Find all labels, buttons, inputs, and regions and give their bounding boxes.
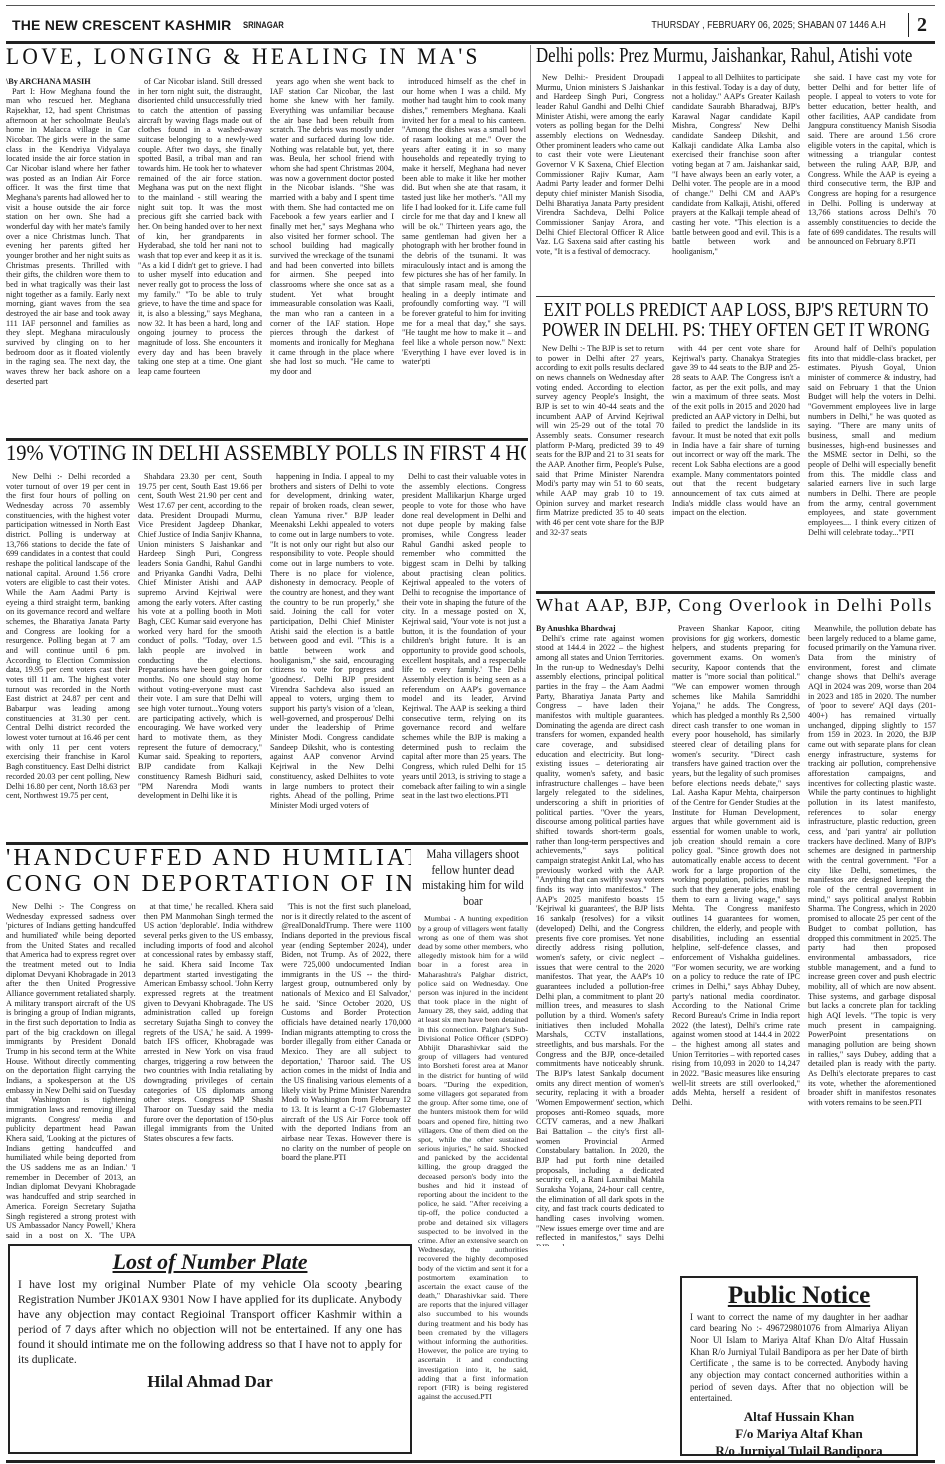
article-text: at that time,' he recalled. Khera said t…	[144, 902, 274, 1144]
article-what-aap: What AAP, BJP, Cong Overlook in Delhi Po…	[536, 596, 936, 1248]
article-text: New Delhi :- The Congress on Wednesday e…	[6, 902, 136, 1238]
byline: \By ARCHANA MASIH	[6, 77, 130, 87]
section-rule	[536, 296, 935, 297]
article-column: she said. I have cast my vote for better…	[808, 73, 936, 288]
article-text: New Delhi :- The BJP is set to return to…	[536, 344, 664, 537]
article-column: Shahdara 23.30 per cent, South 19.75 per…	[138, 472, 262, 834]
article-text: New Delhi:- President Droupadi Murmu, Un…	[536, 73, 664, 257]
masthead: THE NEW CRESCENT KASHMIR SRINAGAR THURSD…	[6, 10, 935, 40]
notice-title: Public Notice	[690, 1282, 908, 1310]
article-column: New Delhi:- President Droupadi Murmu, Un…	[536, 73, 664, 288]
page-number: 2	[917, 14, 927, 37]
article-column: years ago when she went back to IAF stat…	[270, 77, 394, 433]
article-text: with 44 per cent vote share for Kejriwal…	[672, 344, 800, 518]
article-text: Delhi to cast their valuable votes in th…	[402, 472, 526, 801]
ad-body: I have lost my original Number Plate of …	[18, 1278, 402, 1368]
article-column: Mumbai - A hunting expedition by a group…	[418, 914, 528, 1454]
article-headline-line-2: POWER IN DELHI. PS: THEY OFTEN GET IT WR…	[536, 320, 936, 340]
article-exit-polls: EXIT POLLS PREDICT AAP LOSS, BJP'S RETUR…	[536, 300, 936, 588]
article-delhi-polls: Delhi polls: Prez Murmu, Jaishankar, Rah…	[536, 45, 936, 295]
notice-signature-relation: F/o Mariya Altaf Khan	[690, 1426, 908, 1443]
article-column: \By ARCHANA MASIH Part I: How Meghana fo…	[6, 77, 130, 433]
lost-number-plate-ad: Lost of Number Plate I have lost my orig…	[8, 1244, 412, 1454]
article-rasam: LOVE, LONGING & HEALING IN MA'S RASAM \B…	[6, 45, 526, 440]
article-text: New Delhi :- Delhi recorded a voter turn…	[6, 472, 130, 801]
article-headline-line-1: 'HANDCUFFED AND HUMILIATED':	[6, 846, 411, 870]
article-text: of Car Nicobar island. Still dressed in …	[138, 77, 262, 377]
masthead-rule	[6, 41, 935, 44]
article-headline: LOVE, LONGING & HEALING IN MA'S RASAM	[6, 45, 490, 71]
article-text: happening in India. I appeal to my broth…	[270, 472, 394, 811]
article-text: I appeal to all Delhiites to participate…	[672, 73, 800, 257]
article-text: Praveen Shankar Kapoor, citing provision…	[672, 624, 800, 1108]
section-rule	[6, 438, 528, 441]
article-voting-19: 19% VOTING IN DELHI ASSEMBLY POLLS IN FI…	[6, 442, 526, 840]
article-text: introduced himself as the chef in our ho…	[402, 77, 526, 367]
notice-signature-address: R/o Jurniyal Tulail Bandipora	[690, 1443, 908, 1460]
article-headline: 19% VOTING IN DELHI ASSEMBLY POLLS IN FI…	[6, 442, 526, 467]
newspaper-title: THE NEW CRESCENT KASHMIR	[12, 17, 231, 33]
city-label: SRINAGAR	[243, 20, 284, 30]
bottom-rule	[6, 1460, 935, 1463]
masthead-divider	[908, 13, 909, 37]
article-text: Around half of Delhi's population fits i…	[808, 344, 936, 537]
article-column: 'This is not the first such planeload, n…	[281, 902, 411, 1238]
article-text: years ago when she went back to IAF stat…	[270, 77, 394, 377]
section-rule	[536, 591, 935, 594]
article-headline-line-1: EXIT POLLS PREDICT AAP LOSS, BJP'S RETUR…	[536, 300, 936, 320]
article-column: happening in India. I appeal to my broth…	[270, 472, 394, 834]
ad-signature: Hilal Ahmad Dar	[18, 1372, 402, 1392]
article-text: Shahdara 23.30 per cent, South 19.75 per…	[138, 472, 262, 801]
public-notice-ad: Public Notice I want to correct the name…	[680, 1276, 918, 1456]
article-column: at that time,' he recalled. Khera said t…	[144, 902, 274, 1238]
article-column: I appeal to all Delhiites to participate…	[672, 73, 800, 288]
byline: By Anushka Bhardwaj	[536, 624, 664, 634]
article-headline: What AAP, BJP, Cong Overlook in Delhi Po…	[536, 596, 936, 618]
article-handcuffed: 'HANDCUFFED AND HUMILIATED': CONG ON DEP…	[6, 846, 411, 1241]
article-text: she said. I have cast my vote for better…	[808, 73, 936, 247]
notice-signature-name: Altaf Hussain Khan	[690, 1409, 908, 1426]
article-column: with 44 per cent vote share for Kejriwal…	[672, 344, 800, 584]
article-column: Delhi to cast their valuable votes in th…	[402, 472, 526, 834]
article-column: introduced himself as the chef in our ho…	[402, 77, 526, 433]
article-column: New Delhi :- The BJP is set to return to…	[536, 344, 664, 584]
newspaper-page: THE NEW CRESCENT KASHMIR SRINAGAR THURSD…	[0, 0, 945, 1464]
article-column: New Delhi :- The Congress on Wednesday e…	[6, 902, 136, 1238]
article-column: By Anushka Bhardwaj Delhi's crime rate a…	[536, 624, 664, 1246]
article-headline: Maha villagers shoot fellow hunter dead …	[418, 846, 528, 908]
article-headline: Delhi polls: Prez Murmu, Jaishankar, Rah…	[536, 45, 936, 69]
article-column: Praveen Shankar Kapoor, citing provision…	[672, 624, 800, 1246]
notice-body: I want to correct the name of my daughte…	[690, 1312, 908, 1406]
issue-date: THURSDAY , FEBRUARY 06, 2025; SHABAN 07 …	[652, 19, 886, 31]
article-column: Meanwhile, the pollution debate has been…	[808, 624, 936, 1246]
article-text: 'This is not the first such planeload, n…	[281, 902, 411, 1163]
top-rule	[6, 5, 935, 6]
column-divider	[530, 45, 531, 905]
article-column: of Car Nicobar island. Still dressed in …	[138, 77, 262, 433]
article-text: Part I: How Meghana found the man who re…	[6, 87, 130, 387]
ad-title: Lost of Number Plate	[18, 1250, 402, 1274]
article-column: Around half of Delhi's population fits i…	[808, 344, 936, 584]
article-maha-villagers: Maha villagers shoot fellow hunter dead …	[418, 846, 528, 1458]
article-headline-line-2: CONG ON DEPORTATION OF INDIANS	[6, 872, 411, 896]
article-text: Delhi's crime rate against women stood a…	[536, 634, 664, 1246]
article-text: Mumbai - A hunting expedition by a group…	[418, 914, 528, 1401]
article-column: New Delhi :- Delhi recorded a voter turn…	[6, 472, 130, 834]
article-text: Meanwhile, the pollution debate has been…	[808, 624, 936, 1108]
section-rule	[6, 842, 528, 845]
